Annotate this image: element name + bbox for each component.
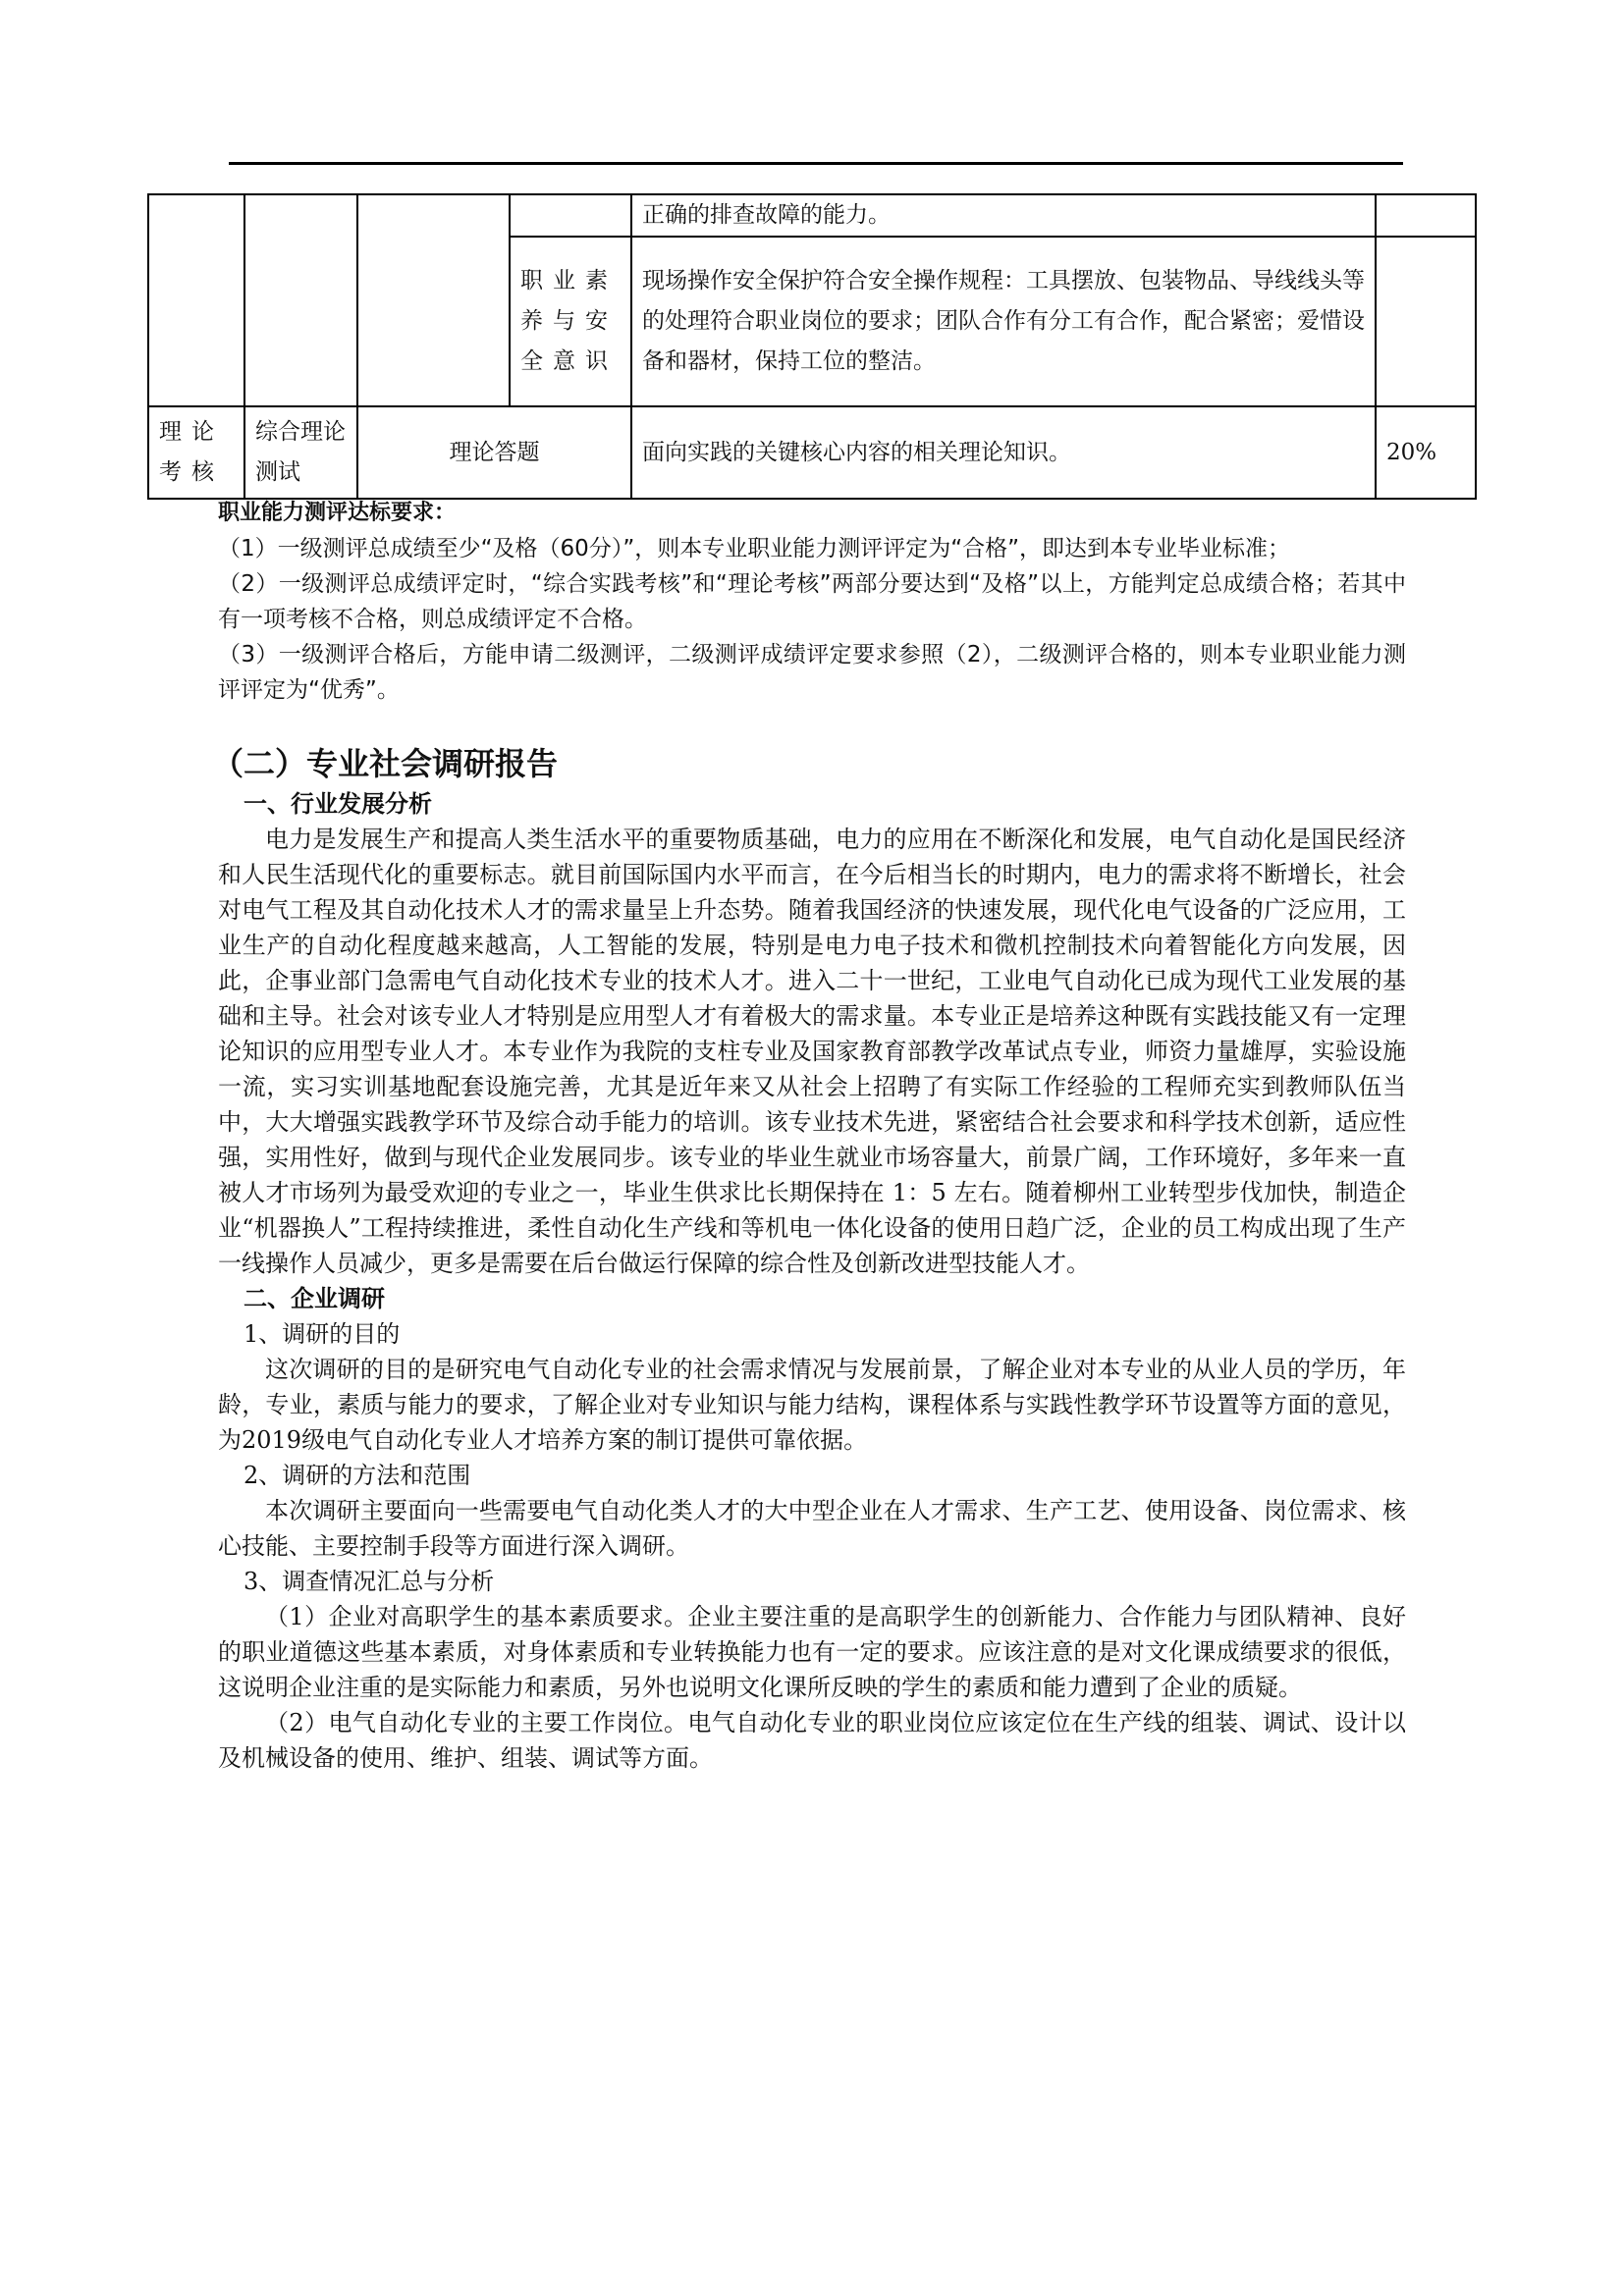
- requirement-item: （3）一级测评合格后，方能申请二级测评，二级测评成绩评定要求参照（2），二级测评…: [218, 637, 1406, 708]
- paragraph: （2）电气自动化专业的主要工作岗位。电气自动化专业的职业岗位应该定位在生产线的组…: [218, 1705, 1406, 1776]
- subsection-title: 二、企业调研: [218, 1281, 1406, 1316]
- item-title: 3、调查情况汇总与分析: [218, 1564, 1406, 1599]
- criteria-cell: 面向实践的关键核心内容的相关理论知识。: [631, 406, 1376, 499]
- item-title: 2、调研的方法和范围: [218, 1458, 1406, 1493]
- content-cell: 理论答题: [357, 406, 631, 499]
- weight-cell: [1376, 194, 1476, 237]
- category-cell: 理论考核: [148, 406, 244, 499]
- weight-cell: 20%: [1376, 406, 1476, 499]
- requirement-item: （1）一级测评总成绩至少“及格（60分）”，则本专业职业能力测评评定为“合格”，…: [218, 531, 1406, 566]
- item-cell: 职业素养与安全意识: [510, 237, 631, 406]
- criteria-cell: 现场操作安全保护符合安全操作规程：工具摆放、包装物品、导线线头等的处理符合职业岗…: [631, 237, 1376, 406]
- paragraph: 电力是发展生产和提高人类生活水平的重要物质基础，电力的应用在不断深化和发展，电气…: [218, 822, 1406, 1281]
- evaluation-table: 正确的排查故障的能力。 职业素养与安全意识 现场操作安全保护符合安全操作规程：工…: [147, 193, 1477, 500]
- criteria-cell: 正确的排查故障的能力。: [631, 194, 1376, 237]
- module-cell: 综合理论测试: [244, 406, 357, 499]
- table-cell: [244, 194, 357, 406]
- table-cell: [148, 194, 244, 406]
- table-row: 正确的排查故障的能力。: [148, 194, 1476, 237]
- paragraph: 这次调研的目的是研究电气自动化专业的社会需求情况与发展前景，了解企业对本专业的从…: [218, 1352, 1406, 1458]
- table-cell: [357, 194, 510, 406]
- subsection-title: 一、行业发展分析: [218, 786, 1406, 822]
- document-body: 职业能力测评达标要求： （1）一级测评总成绩至少“及格（60分）”，则本专业职业…: [218, 496, 1406, 1776]
- requirement-item: （2）一级测评总成绩评定时，“综合实践考核”和“理论考核”两部分要达到“及格”以…: [218, 566, 1406, 637]
- paragraph: 本次调研主要面向一些需要电气自动化类人才的大中型企业在人才需求、生产工艺、使用设…: [218, 1493, 1406, 1564]
- paragraph: （1）企业对高职学生的基本素质要求。企业主要注重的是高职学生的创新能力、合作能力…: [218, 1599, 1406, 1705]
- table-cell: [510, 194, 631, 237]
- item-title: 1、调研的目的: [218, 1316, 1406, 1352]
- weight-cell: [1376, 237, 1476, 406]
- requirements-title: 职业能力测评达标要求：: [218, 496, 1406, 531]
- page-header-rule: [229, 162, 1403, 165]
- table-row: 理论考核 综合理论测试 理论答题 面向实践的关键核心内容的相关理论知识。 20%: [148, 406, 1476, 499]
- section-title: （二）专业社会调研报告: [212, 741, 1406, 786]
